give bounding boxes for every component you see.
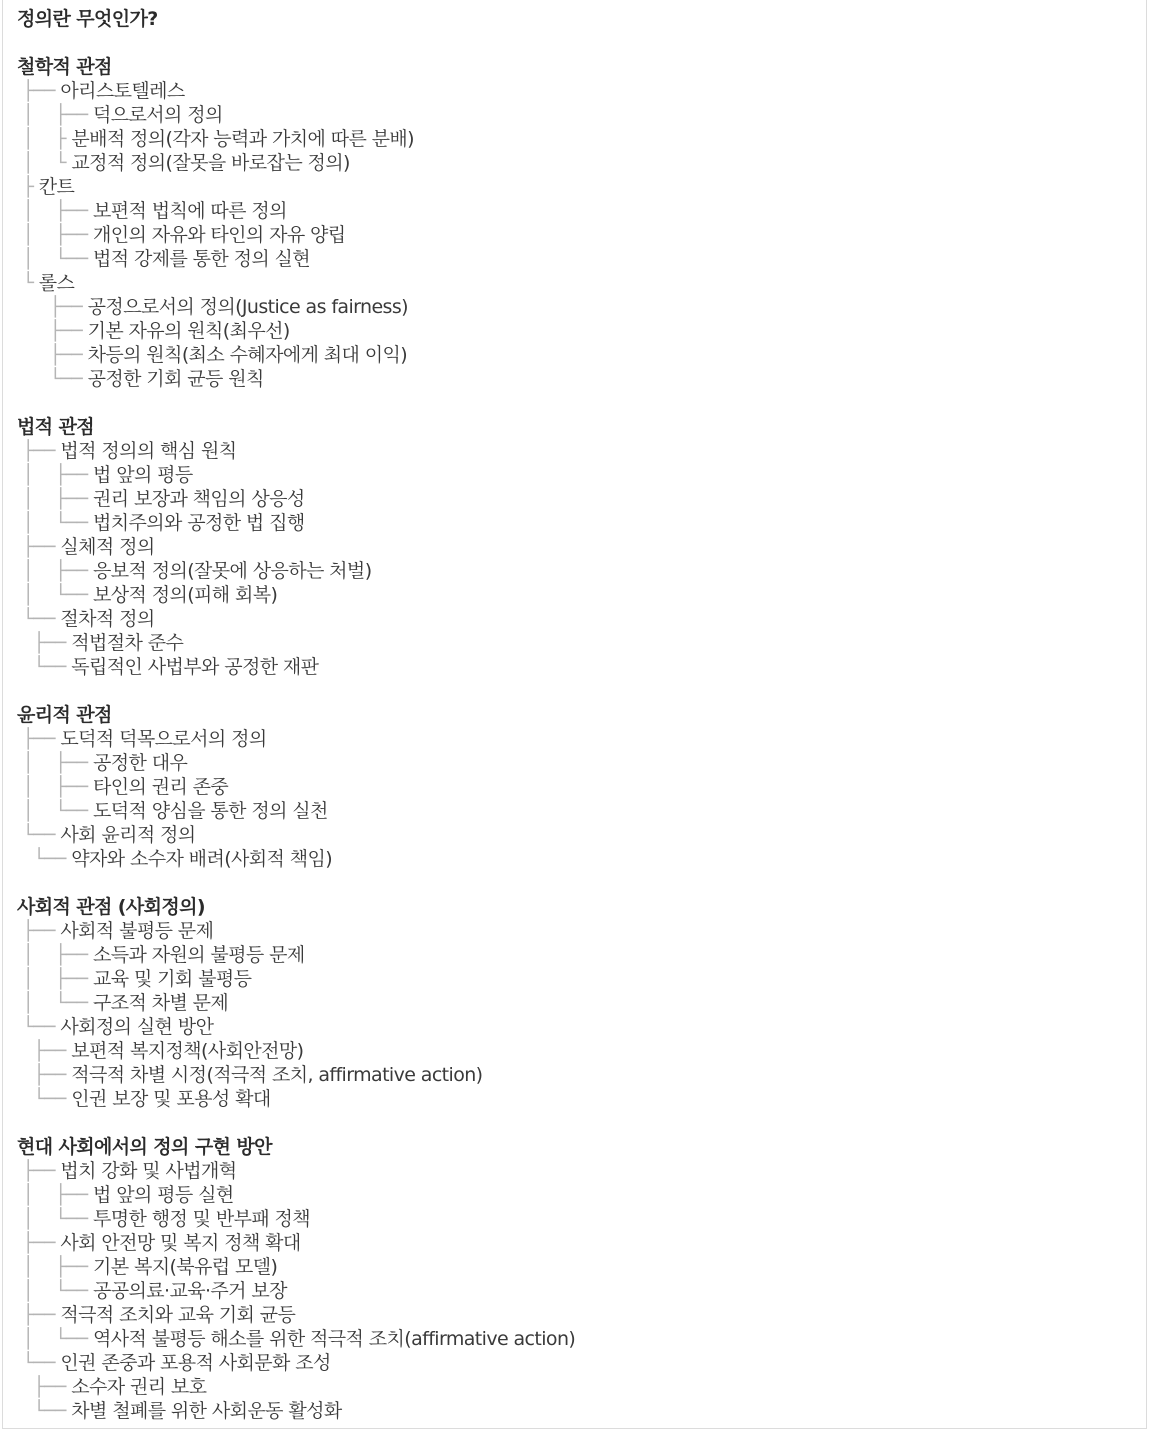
tree-item: │ ├── 개인의 자유와 타인의 자유 양립 bbox=[17, 223, 575, 247]
tree-connector-icon: │ ├── bbox=[17, 224, 93, 246]
tree-item-label: 권리 보장과 책임의 상응성 bbox=[93, 488, 305, 510]
tree-item: │ ├── 법 앞의 평등 bbox=[17, 463, 575, 487]
tree-connector-icon: └── bbox=[17, 368, 88, 390]
tree-item: │ ├ 분배적 정의(각자 능력과 가치에 따른 분배) bbox=[17, 127, 575, 151]
tree-item-label: 법치 강화 및 사법개혁 bbox=[60, 1160, 236, 1182]
tree-connector-icon: └── bbox=[17, 824, 60, 846]
tree-connector-icon: └── bbox=[17, 1400, 71, 1422]
tree-connector-icon: ├ bbox=[17, 176, 39, 198]
document-content: 정의란 무엇인가? 철학적 관점 ├── 아리스토텔레스 │ ├── 덕으로서의… bbox=[17, 7, 575, 1423]
tree-connector-icon: ├── bbox=[17, 536, 60, 558]
spacer bbox=[17, 679, 575, 703]
section: 현대 사회에서의 정의 구현 방안 ├── 법치 강화 및 사법개혁 │ ├──… bbox=[17, 1135, 575, 1423]
tree-item: └── 인권 존중과 포용적 사회문화 조성 bbox=[17, 1351, 575, 1375]
tree-item: └ 롤스 bbox=[17, 271, 575, 295]
tree-connector-icon: │ ├ bbox=[17, 128, 71, 150]
tree-connector-icon: └── bbox=[17, 608, 60, 630]
tree-connector-icon: │ ├── bbox=[17, 776, 93, 798]
tree-item: │ ├── 권리 보장과 책임의 상응성 bbox=[17, 487, 575, 511]
tree-item-label: 보상적 정의(피해 회복) bbox=[93, 584, 277, 606]
tree-item-label: 역사적 불평등 해소를 위한 적극적 조치(affirmative action… bbox=[93, 1328, 575, 1350]
tree-item-label: 교정적 정의(잘못을 바로잡는 정의) bbox=[71, 152, 350, 174]
tree-item-label: 차별 철폐를 위한 사회운동 활성화 bbox=[71, 1400, 341, 1422]
tree-item: ├── 공정으로서의 정의(Justice as fairness) bbox=[17, 295, 575, 319]
tree-item-label: 법적 강제를 통한 정의 실현 bbox=[93, 248, 310, 270]
tree-item-label: 법 앞의 평등 bbox=[93, 464, 193, 486]
tree-item-label: 분배적 정의(각자 능력과 가치에 따른 분배) bbox=[71, 128, 414, 150]
tree-item-label: 소수자 권리 보호 bbox=[71, 1376, 206, 1398]
section: 법적 관점 ├── 법적 정의의 핵심 원칙 │ ├── 법 앞의 평등 │ ├… bbox=[17, 415, 575, 679]
section-heading: 철학적 관점 bbox=[17, 55, 575, 79]
tree-connector-icon: ├── bbox=[17, 1040, 71, 1062]
section: 철학적 관점 ├── 아리스토텔레스 │ ├── 덕으로서의 정의 │ ├ 분배… bbox=[17, 55, 575, 391]
tree-connector-icon: ├── bbox=[17, 344, 88, 366]
tree-item-label: 법치주의와 공정한 법 집행 bbox=[93, 512, 305, 534]
tree-item-label: 소득과 자원의 불평등 문제 bbox=[93, 944, 305, 966]
tree-connector-icon: │ ├── bbox=[17, 488, 93, 510]
tree-item: └── 사회 윤리적 정의 bbox=[17, 823, 575, 847]
tree-item-label: 사회정의 실현 방안 bbox=[60, 1016, 213, 1038]
tree-item: ├── 도덕적 덕목으로서의 정의 bbox=[17, 727, 575, 751]
tree-connector-icon: ├── bbox=[17, 1160, 60, 1182]
tree-item: └── 차별 철폐를 위한 사회운동 활성화 bbox=[17, 1399, 575, 1423]
tree-item: ├── 법적 정의의 핵심 원칙 bbox=[17, 439, 575, 463]
tree-item-label: 도덕적 양심을 통한 정의 실천 bbox=[93, 800, 328, 822]
tree-item: │ ├── 교육 및 기회 불평등 bbox=[17, 967, 575, 991]
tree-item-label: 사회 윤리적 정의 bbox=[60, 824, 195, 846]
tree-item-label: 공공의료·교육·주거 보장 bbox=[93, 1280, 287, 1302]
tree-connector-icon: └── bbox=[17, 1352, 60, 1374]
tree-item-label: 기본 복지(북유럽 모델) bbox=[93, 1256, 277, 1278]
spacer bbox=[17, 1111, 575, 1135]
tree-connector-icon: │ └── bbox=[17, 584, 93, 606]
tree-item-label: 적법절차 준수 bbox=[71, 632, 183, 654]
tree-item-label: 기본 자유의 원칙(최우선) bbox=[88, 320, 290, 342]
tree-item: │ └── 투명한 행정 및 반부패 정책 bbox=[17, 1207, 575, 1231]
tree-connector-icon: │ ├── bbox=[17, 944, 93, 966]
tree-item-label: 응보적 정의(잘못에 상응하는 처벌) bbox=[93, 560, 372, 582]
tree-item-label: 롤스 bbox=[39, 272, 75, 294]
document-title: 정의란 무엇인가? bbox=[17, 7, 575, 31]
tree-item: └── 인권 보장 및 포용성 확대 bbox=[17, 1087, 575, 1111]
tree-item: └── 공정한 기회 균등 원칙 bbox=[17, 367, 575, 391]
section: 윤리적 관점 ├── 도덕적 덕목으로서의 정의 │ ├── 공정한 대우 │ … bbox=[17, 703, 575, 871]
tree-connector-icon: │ ├── bbox=[17, 1256, 93, 1278]
tree-item-label: 차등의 원칙(최소 수혜자에게 최대 이익) bbox=[88, 344, 407, 366]
tree-connector-icon: ├── bbox=[17, 80, 60, 102]
tree-item-label: 칸트 bbox=[39, 176, 75, 198]
tree-item: │ └── 도덕적 양심을 통한 정의 실천 bbox=[17, 799, 575, 823]
tree-item: │ ├── 덕으로서의 정의 bbox=[17, 103, 575, 127]
tree-item-label: 도덕적 덕목으로서의 정의 bbox=[60, 728, 266, 750]
tree-item: └── 독립적인 사법부와 공정한 재판 bbox=[17, 655, 575, 679]
section: 사회적 관점 (사회정의) ├── 사회적 불평등 문제 │ ├── 소득과 자… bbox=[17, 895, 575, 1111]
tree-item: │ ├── 보편적 법칙에 따른 정의 bbox=[17, 199, 575, 223]
tree-connector-icon: │ ├── bbox=[17, 104, 93, 126]
tree-connector-icon: │ ├── bbox=[17, 560, 93, 582]
tree-item-label: 개인의 자유와 타인의 자유 양립 bbox=[93, 224, 346, 246]
tree-item-label: 아리스토텔레스 bbox=[60, 80, 184, 102]
tree-item-label: 보편적 복지정책(사회안전망) bbox=[71, 1040, 303, 1062]
tree-connector-icon: │ └── bbox=[17, 248, 93, 270]
tree-item: │ └── 공공의료·교육·주거 보장 bbox=[17, 1279, 575, 1303]
section-heading: 현대 사회에서의 정의 구현 방안 bbox=[17, 1135, 575, 1159]
tree-item-label: 공정으로서의 정의(Justice as fairness) bbox=[88, 296, 408, 318]
section-heading: 법적 관점 bbox=[17, 415, 575, 439]
tree-item: │ └── 법치주의와 공정한 법 집행 bbox=[17, 511, 575, 535]
tree-connector-icon: │ ├── bbox=[17, 200, 93, 222]
tree-item: │ └── 법적 강제를 통한 정의 실현 bbox=[17, 247, 575, 271]
tree-item: │ ├── 법 앞의 평등 실현 bbox=[17, 1183, 575, 1207]
tree-item-label: 인권 보장 및 포용성 확대 bbox=[71, 1088, 270, 1110]
tree-item-label: 타인의 권리 존중 bbox=[93, 776, 228, 798]
tree-item: │ ├── 소득과 자원의 불평등 문제 bbox=[17, 943, 575, 967]
tree-connector-icon: │ └── bbox=[17, 1328, 93, 1350]
tree-connector-icon: │ ├── bbox=[17, 464, 93, 486]
tree-connector-icon: └── bbox=[17, 1088, 71, 1110]
tree-item: │ └── 구조적 차별 문제 bbox=[17, 991, 575, 1015]
tree-item: │ ├── 공정한 대우 bbox=[17, 751, 575, 775]
tree-connector-icon: └── bbox=[17, 656, 71, 678]
tree-item: ├── 법치 강화 및 사법개혁 bbox=[17, 1159, 575, 1183]
tree-item: └── 절차적 정의 bbox=[17, 607, 575, 631]
tree-item: │ └ 교정적 정의(잘못을 바로잡는 정의) bbox=[17, 151, 575, 175]
tree-item: ├── 차등의 원칙(최소 수혜자에게 최대 이익) bbox=[17, 343, 575, 367]
tree-item-label: 실체적 정의 bbox=[60, 536, 154, 558]
tree-connector-icon: └── bbox=[17, 1016, 60, 1038]
tree-item-label: 법적 정의의 핵심 원칙 bbox=[60, 440, 236, 462]
tree-connector-icon: ├── bbox=[17, 1304, 60, 1326]
tree-item: └── 사회정의 실현 방안 bbox=[17, 1015, 575, 1039]
tree-item: │ ├── 기본 복지(북유럽 모델) bbox=[17, 1255, 575, 1279]
tree-connector-icon: ├── bbox=[17, 920, 60, 942]
tree-connector-icon: │ └── bbox=[17, 1280, 93, 1302]
tree-item-label: 절차적 정의 bbox=[60, 608, 154, 630]
tree-item: ├── 적극적 조치와 교육 기회 균등 bbox=[17, 1303, 575, 1327]
tree-item: ├── 적법절차 준수 bbox=[17, 631, 575, 655]
tree-item-label: 덕으로서의 정의 bbox=[93, 104, 223, 126]
tree-item: ├── 아리스토텔레스 bbox=[17, 79, 575, 103]
section-heading: 사회적 관점 (사회정의) bbox=[17, 895, 575, 919]
tree-connector-icon: │ ├── bbox=[17, 752, 93, 774]
tree-connector-icon: │ └── bbox=[17, 992, 93, 1014]
tree-connector-icon: │ └ bbox=[17, 152, 71, 174]
tree-item-label: 사회적 불평등 문제 bbox=[60, 920, 213, 942]
tree-connector-icon: │ ├── bbox=[17, 1184, 93, 1206]
tree-connector-icon: │ ├── bbox=[17, 968, 93, 990]
tree-item-label: 구조적 차별 문제 bbox=[93, 992, 228, 1014]
tree-item: ├── 소수자 권리 보호 bbox=[17, 1375, 575, 1399]
tree-item-label: 적극적 차별 시정(적극적 조치, affirmative action) bbox=[71, 1064, 482, 1086]
section-heading: 윤리적 관점 bbox=[17, 703, 575, 727]
tree-item: ├── 사회 안전망 및 복지 정책 확대 bbox=[17, 1231, 575, 1255]
spacer bbox=[17, 391, 575, 415]
tree-item: ├── 적극적 차별 시정(적극적 조치, affirmative action… bbox=[17, 1063, 575, 1087]
spacer bbox=[17, 871, 575, 895]
tree-item-label: 공정한 대우 bbox=[93, 752, 187, 774]
tree-item-label: 법 앞의 평등 실현 bbox=[93, 1184, 234, 1206]
tree-item-label: 인권 존중과 포용적 사회문화 조성 bbox=[60, 1352, 330, 1374]
tree-connector-icon: ├── bbox=[17, 320, 88, 342]
tree-connector-icon: ├── bbox=[17, 440, 60, 462]
tree-item-label: 독립적인 사법부와 공정한 재판 bbox=[71, 656, 318, 678]
tree-connector-icon: ├── bbox=[17, 296, 88, 318]
tree-item-label: 사회 안전망 및 복지 정책 확대 bbox=[60, 1232, 300, 1254]
tree-item: │ ├── 응보적 정의(잘못에 상응하는 처벌) bbox=[17, 559, 575, 583]
tree-item-label: 적극적 조치와 교육 기회 균등 bbox=[60, 1304, 295, 1326]
sections-container: 철학적 관점 ├── 아리스토텔레스 │ ├── 덕으로서의 정의 │ ├ 분배… bbox=[17, 55, 575, 1423]
tree-connector-icon: ├── bbox=[17, 1376, 71, 1398]
tree-item-label: 약자와 소수자 배려(사회적 책임) bbox=[71, 848, 332, 870]
tree-connector-icon: │ └── bbox=[17, 800, 93, 822]
tree-item-label: 투명한 행정 및 반부패 정책 bbox=[93, 1208, 310, 1230]
tree-connector-icon: └── bbox=[17, 848, 71, 870]
tree-item: ├── 보편적 복지정책(사회안전망) bbox=[17, 1039, 575, 1063]
tree-item: │ ├── 타인의 권리 존중 bbox=[17, 775, 575, 799]
tree-connector-icon: ├── bbox=[17, 632, 71, 654]
tree-item: ├── 기본 자유의 원칙(최우선) bbox=[17, 319, 575, 343]
tree-item: │ └── 보상적 정의(피해 회복) bbox=[17, 583, 575, 607]
tree-item: ├── 사회적 불평등 문제 bbox=[17, 919, 575, 943]
spacer bbox=[17, 31, 575, 55]
tree-item: │ └── 역사적 불평등 해소를 위한 적극적 조치(affirmative … bbox=[17, 1327, 575, 1351]
tree-connector-icon: │ └── bbox=[17, 512, 93, 534]
tree-connector-icon: ├── bbox=[17, 1232, 60, 1254]
tree-item: ├── 실체적 정의 bbox=[17, 535, 575, 559]
tree-connector-icon: ├── bbox=[17, 728, 60, 750]
tree-item: └── 약자와 소수자 배려(사회적 책임) bbox=[17, 847, 575, 871]
tree-connector-icon: └ bbox=[17, 272, 39, 294]
tree-item-label: 보편적 법칙에 따른 정의 bbox=[93, 200, 287, 222]
tree-connector-icon: ├── bbox=[17, 1064, 71, 1086]
tree-item-label: 공정한 기회 균등 원칙 bbox=[88, 368, 264, 390]
tree-item-label: 교육 및 기회 불평등 bbox=[93, 968, 251, 990]
tree-connector-icon: │ └── bbox=[17, 1208, 93, 1230]
document-frame: 정의란 무엇인가? 철학적 관점 ├── 아리스토텔레스 │ ├── 덕으로서의… bbox=[2, 0, 1147, 1429]
tree-item: ├ 칸트 bbox=[17, 175, 575, 199]
